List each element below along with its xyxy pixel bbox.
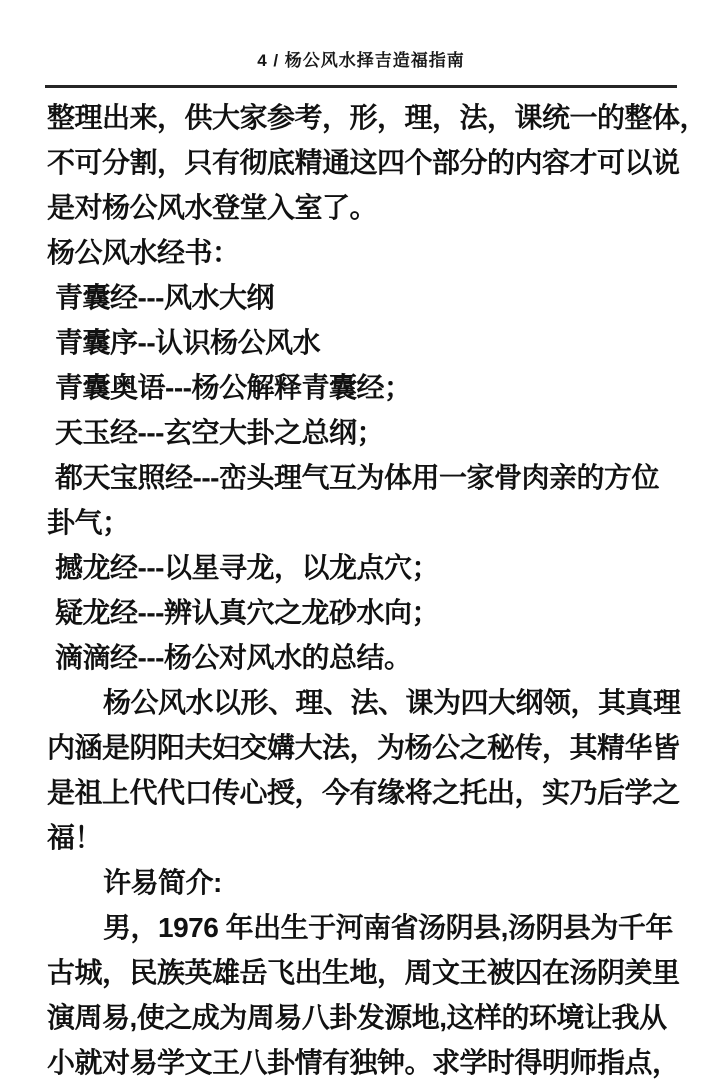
text-line: 福！ xyxy=(47,815,687,860)
page-body: 整理出来，供大家参考，形，理，法，课统一的整体，不可分割，只有彻底精通这四个部分… xyxy=(47,95,687,1085)
text-line: 不可分割，只有彻底精通这四个部分的内容才可以说 xyxy=(47,140,687,185)
text-line: 小就对易学文王八卦情有独钟。求学时得明师指点， xyxy=(47,1040,687,1085)
book-page: 4 / 杨公风水择吉造福指南 整理出来，供大家参考，形，理，法，课统一的整体，不… xyxy=(0,0,722,1086)
text-line: 疑龙经---辨认真穴之龙砂水向； xyxy=(47,590,687,635)
text-line: 青囊序--认识杨公风水 xyxy=(47,320,687,365)
text-line: 演周易,使之成为周易八卦发源地,这样的环境让我从 xyxy=(47,995,687,1040)
running-header: 4 / 杨公风水择吉造福指南 xyxy=(0,46,722,71)
text-line: 内涵是阴阳夫妇交媾大法，为杨公之秘传，其精华皆 xyxy=(47,725,687,770)
text-line: 卦气； xyxy=(47,500,687,545)
text-line: 许易简介: xyxy=(47,860,687,905)
text-line: 天玉经---玄空大卦之总纲； xyxy=(47,410,687,455)
text-line: 古城，民族英雄岳飞出生地，周文王被囚在汤阴羑里 xyxy=(47,950,687,995)
text-line: 杨公风水经书： xyxy=(47,230,687,275)
header-divider xyxy=(45,85,677,88)
text-line: 杨公风水以形、理、法、课为四大纲领，其真理 xyxy=(47,680,687,725)
text-line: 青囊奥语---杨公解释青囊经； xyxy=(47,365,687,410)
text-line: 是对杨公风水登堂入室了。 xyxy=(47,185,687,230)
text-line: 是祖上代代口传心授，今有缘将之托出，实乃后学之 xyxy=(47,770,687,815)
text-line: 青囊经---风水大纲 xyxy=(47,275,687,320)
text-line: 都天宝照经---峦头理气互为体用一家骨肉亲的方位 xyxy=(47,455,687,500)
text-line: 滴滴经---杨公对风水的总结。 xyxy=(47,635,687,680)
text-line: 整理出来，供大家参考，形，理，法，课统一的整体， xyxy=(47,95,687,140)
text-line: 男，1976 年出生于河南省汤阴县,汤阴县为千年 xyxy=(47,905,687,950)
text-line: 撼龙经---以星寻龙，以龙点穴； xyxy=(47,545,687,590)
